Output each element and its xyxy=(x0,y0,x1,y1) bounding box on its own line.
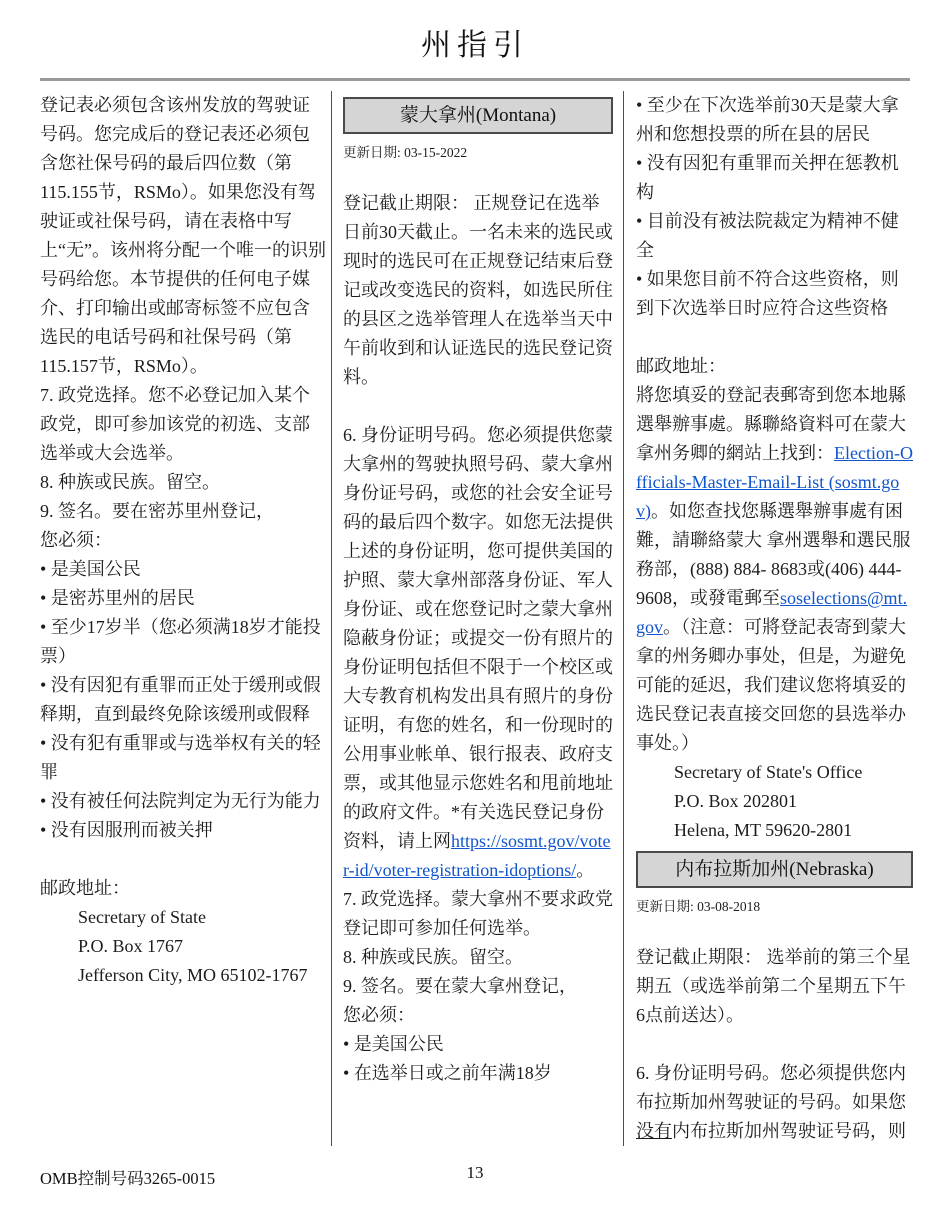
missouri-address-line-2: P.O. Box 1767 xyxy=(78,932,326,961)
missouri-bullet-resident: • 是密苏里州的居民 xyxy=(40,584,326,613)
title-divider-line xyxy=(40,78,910,81)
missouri-bullet-age: • 至少17岁半（您必须满18岁才能投票） xyxy=(40,613,326,671)
page-title: 州指引 xyxy=(0,26,950,66)
montana-mailing-address-label: 邮政地址： xyxy=(636,352,913,381)
nebraska-section-header: 内布拉斯加州(Nebraska) xyxy=(636,851,913,888)
missouri-address-block: Secretary of State P.O. Box 1767 Jeffers… xyxy=(40,903,326,990)
page-number: 13 xyxy=(0,1163,950,1183)
montana-item-6-text: 6. 身份证明号码。您必须提供您蒙大拿州的驾驶执照号码、蒙大拿州身份证号码，或您… xyxy=(343,425,613,851)
nebraska-item-6-id-number: 6. 身份证明号码。您必须提供您内布拉斯加州驾驶证的号码。如果您没有内布拉斯加州… xyxy=(636,1059,913,1146)
nebraska-deadline-paragraph: 登记截止期限： 选举前的第三个星期五（或选举前第二个星期五下午6点前送达）。 xyxy=(636,943,913,1030)
montana-you-must-label: 您必须： xyxy=(343,1001,613,1030)
nebraska-item-6-underlined: 没有 xyxy=(636,1121,672,1141)
montana-address-line-2: P.O. Box 202801 xyxy=(674,787,913,816)
missouri-mailing-address-label: 邮政地址： xyxy=(40,874,326,903)
montana-deadline-paragraph: 登记截止期限： 正规登记在选举日前30天截止。一名未来的选民或现时的选民可在正规… xyxy=(343,189,613,392)
missouri-bullet-felony: • 没有犯有重罪或与选举权有关的轻罪 xyxy=(40,729,326,787)
nebraska-item-6-before: 6. 身份证明号码。您必须提供您内布拉斯加州驾驶证的号码。如果您 xyxy=(636,1063,906,1112)
missouri-item-9-signature: 9. 签名。要在密苏里州登记， xyxy=(40,497,326,526)
nebraska-item-6-after: 内布拉斯加州驾驶证号码，则 xyxy=(672,1121,906,1141)
left-column: 登记表必须包含该州发放的驾驶证号码。您完成后的登记表还必须包含您社保号码的最后四… xyxy=(40,91,326,1146)
montana-mailing-paragraph: 將您填妥的登記表郵寄到您本地縣選舉辦事處。縣聯絡資料可在蒙大拿州务卿的網站上找到… xyxy=(636,381,913,758)
missouri-address-line-3: Jefferson City, MO 65102-1767 xyxy=(78,961,326,990)
missouri-address-line-1: Secretary of State xyxy=(78,903,326,932)
montana-item-6-id-number: 6. 身份证明号码。您必须提供您蒙大拿州的驾驶执照号码、蒙大拿州身份证号码，或您… xyxy=(343,421,613,885)
missouri-bullet-incapacity: • 没有被任何法院判定为无行为能力 xyxy=(40,787,326,816)
missouri-you-must-label: 您必须： xyxy=(40,526,326,555)
montana-section-header: 蒙大拿州(Montana) xyxy=(343,97,613,134)
montana-item-6-after: 。 xyxy=(576,860,594,880)
missouri-item-7-party-choice: 7. 政党选择。您不必登记加入某个政党，即可参加该党的初选、支部选举或大会选举。 xyxy=(40,381,326,468)
montana-bullet-not-unsound-mind: • 目前没有被法院裁定为精神不健全 xyxy=(636,207,913,265)
right-column: • 至少在下次选举前30天是蒙大拿州和您想投票的所在县的居民 • 没有因犯有重罪… xyxy=(636,91,913,1146)
missouri-bullet-probation: • 没有因犯有重罪而正处于缓刑或假释期，直到最终免除该缓刑或假释 xyxy=(40,671,326,729)
missouri-bullet-confined: • 没有因服刑而被关押 xyxy=(40,816,326,845)
montana-bullet-not-incarcerated: • 没有因犯有重罪而关押在惩教机构 xyxy=(636,149,913,207)
montana-address-line-3: Helena, MT 59620-2801 xyxy=(674,816,913,845)
column-divider-right xyxy=(623,91,624,1146)
middle-column: 蒙大拿州(Montana) 更新日期: 03-15-2022 登记截止期限： 正… xyxy=(343,91,613,1146)
missouri-bullet-citizen: • 是美国公民 xyxy=(40,555,326,584)
montana-address-block: Secretary of State's Office P.O. Box 202… xyxy=(636,758,913,845)
montana-address-line-1: Secretary of State's Office xyxy=(674,758,913,787)
montana-item-8-race: 8. 种族或民族。留空。 xyxy=(343,943,613,972)
montana-bullet-residency-30-days: • 至少在下次选举前30天是蒙大拿州和您想投票的所在县的居民 xyxy=(636,91,913,149)
missouri-id-number-paragraph: 登记表必须包含该州发放的驾驶证号码。您完成后的登记表还必须包含您社保号码的最后四… xyxy=(40,91,326,381)
montana-updated-date: 更新日期: 03-15-2022 xyxy=(343,144,613,162)
montana-item-7-party-choice: 7. 政党选择。蒙大拿州不要求政党登记即可参加任何选举。 xyxy=(343,885,613,943)
montana-mailing-text-3: 。（注意：可將登記表寄到蒙大拿的州务卿办事处，但是，为避免可能的延迟，我们建议您… xyxy=(636,617,906,753)
document-page: { "colors": { "link_blue": "#1155cc", "h… xyxy=(0,0,950,1230)
montana-bullet-citizen: • 是美国公民 xyxy=(343,1030,613,1059)
montana-item-9-signature: 9. 签名。要在蒙大拿州登记， xyxy=(343,972,613,1001)
column-divider-left xyxy=(331,91,332,1146)
three-column-layout: 登记表必须包含该州发放的驾驶证号码。您完成后的登记表还必须包含您社保号码的最后四… xyxy=(40,91,950,1146)
missouri-item-8-race: 8. 种族或民族。留空。 xyxy=(40,468,326,497)
montana-bullet-meet-qualifications: • 如果您目前不符合这些资格，则到下次选举日时应符合这些资格 xyxy=(636,265,913,323)
nebraska-updated-date: 更新日期: 03-08-2018 xyxy=(636,898,913,916)
montana-bullet-age: • 在选举日或之前年满18岁 xyxy=(343,1059,613,1088)
